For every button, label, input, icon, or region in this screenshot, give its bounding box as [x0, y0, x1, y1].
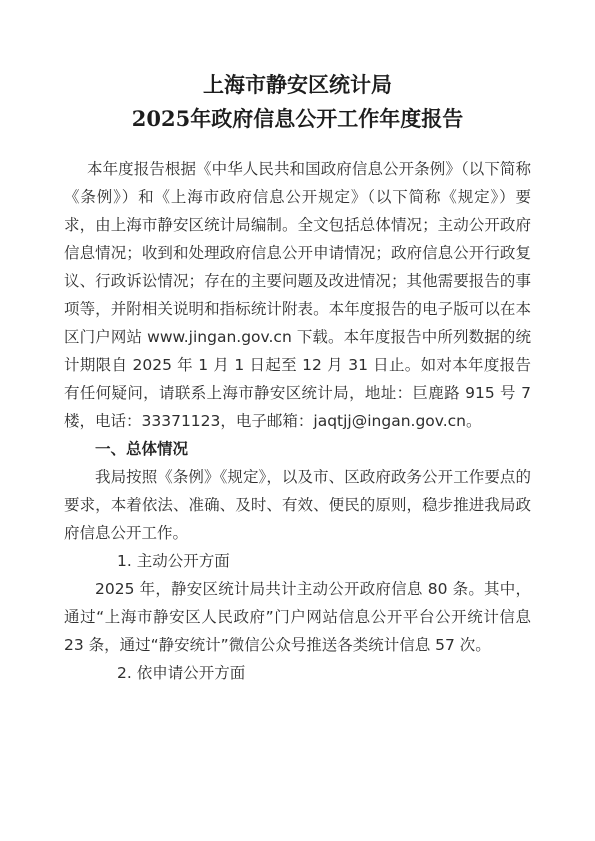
document-title: 上海市静安区统计局 2025年政府信息公开工作年度报告	[64, 68, 531, 136]
proactive-disclosure-paragraph: 2025 年，静安区统计局共计主动公开政府信息 80 条。其中，通过“上海市静安…	[64, 575, 531, 659]
document-title-line2: 2025年政府信息公开工作年度报告	[64, 102, 531, 136]
subheading-proactive-disclosure: 1. 主动公开方面	[64, 547, 531, 575]
intro-paragraph: 本年度报告根据《中华人民共和国政府信息公开条例》（以下简称《条例》）和《上海市政…	[64, 155, 531, 435]
subheading-by-request-disclosure: 2. 依申请公开方面	[64, 659, 531, 687]
document-page: 上海市静安区统计局 2025年政府信息公开工作年度报告 本年度报告根据《中华人民…	[0, 0, 595, 841]
section-heading-overview: 一、总体情况	[64, 435, 531, 463]
document-title-line1: 上海市静安区统计局	[64, 68, 531, 102]
overview-paragraph: 我局按照《条例》《规定》，以及市、区政府政务公开工作要点的要求，本着依法、准确、…	[64, 463, 531, 547]
document-body: 本年度报告根据《中华人民共和国政府信息公开条例》（以下简称《条例》）和《上海市政…	[64, 155, 531, 687]
